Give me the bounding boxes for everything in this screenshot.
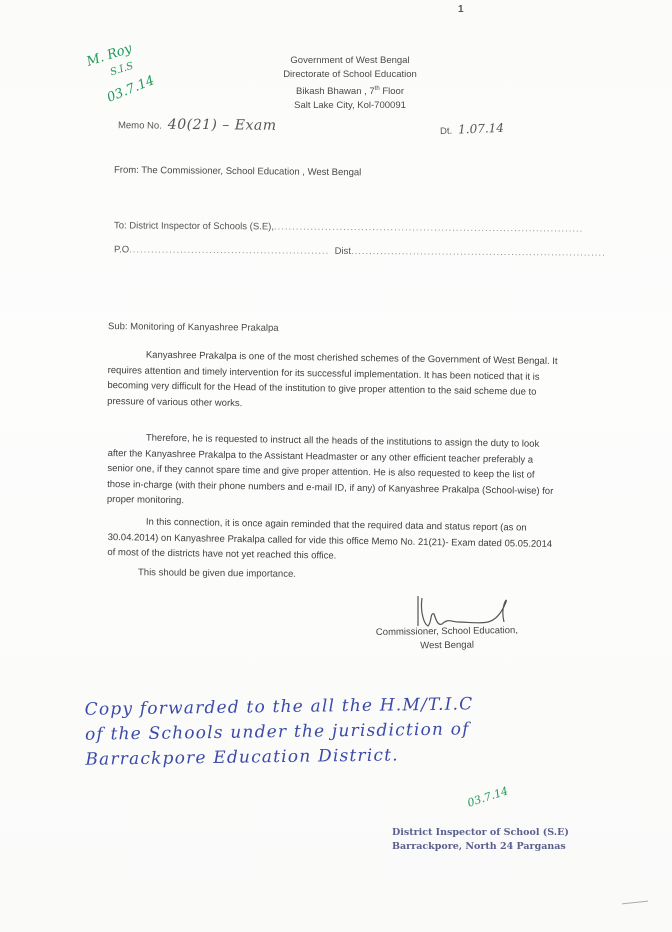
letterhead-building: Bikash Bhawan , 7th Floor (260, 82, 440, 99)
signatory-place: West Bengal (376, 638, 518, 654)
signatory-block: Commissioner, School Education, West Ben… (376, 624, 518, 654)
memo-date: Dt.1.07.14 (440, 121, 504, 137)
to-line: To: District Inspector of Schools (S.E),… (114, 220, 583, 234)
from-line: From: The Commissioner, School Education… (114, 165, 361, 179)
office-stamp: District Inspector of School (S.E) Barra… (392, 826, 569, 854)
memo-number: Memo No.40(21) – Exam (118, 116, 277, 134)
memo-value: 40(21) – Exam (168, 117, 277, 134)
date-value: 1.07.14 (458, 121, 504, 137)
annotation-initials: S.I.S (109, 61, 135, 79)
date-label: Dt. (440, 126, 453, 137)
document-page: 1 M. Roy S.I.S 03.7.14 Government of Wes… (0, 0, 672, 932)
page-number: 1 (458, 4, 464, 15)
po-dist-line: P.O.....................................… (114, 244, 606, 258)
body-paragraph-2: Therefore, he is requested to instruct a… (107, 430, 558, 515)
stray-mark (622, 901, 648, 905)
letterhead: Government of West Bengal Directorate of… (260, 54, 440, 113)
handwritten-forwarding-note: Copy forwarded to the all the H.M/T.I.C … (85, 690, 626, 773)
letterhead-government: Government of West Bengal (260, 54, 440, 68)
green-receipt-annotation: M. Roy S.I.S 03.7.14 (80, 40, 190, 120)
body-paragraph-3: In this connection, it is once again rem… (107, 514, 558, 568)
letterhead-directorate: Directorate of School Education (260, 68, 440, 82)
closing-line: This should be given due importance. (138, 567, 296, 580)
body-paragraph-1: Kanyashree Prakalpa is one of the most c… (107, 347, 558, 416)
memo-label: Memo No. (118, 120, 162, 131)
subject-line: Sub: Monitoring of Kanyashree Prakalpa (108, 321, 279, 334)
letterhead-address: Salt Lake City, Kol-700091 (260, 99, 440, 113)
signatory-title: Commissioner, School Education, (376, 624, 518, 640)
